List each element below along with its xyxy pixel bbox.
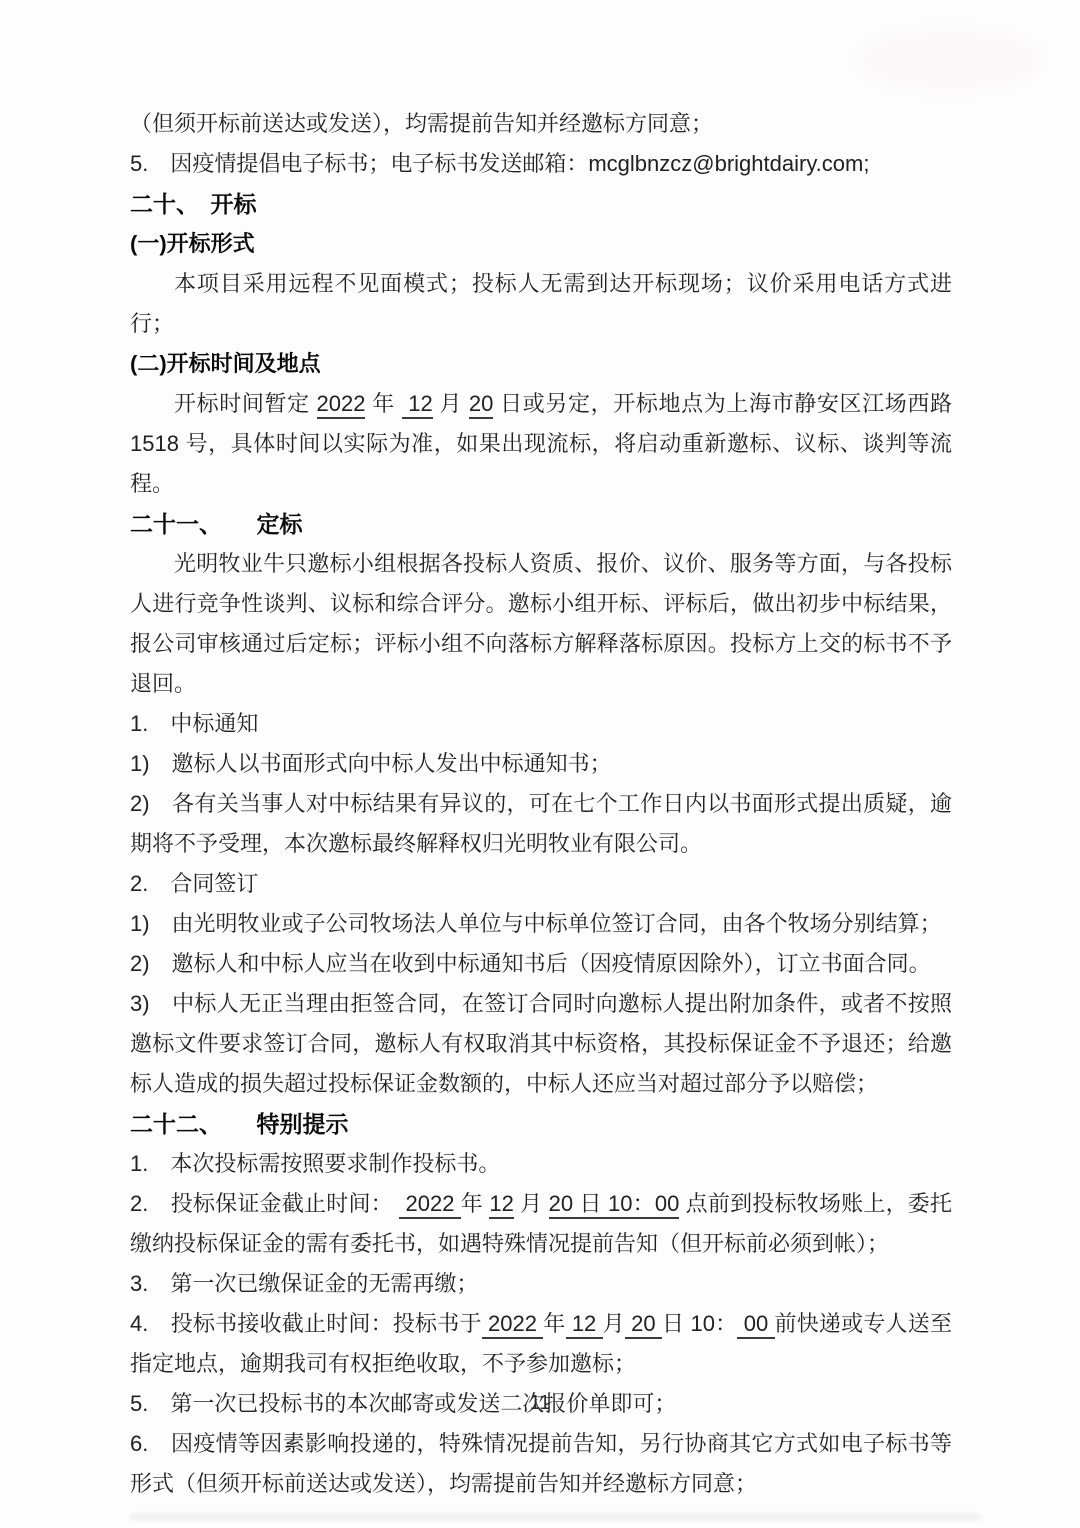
text-run: 3. 第一次已缴保证金的无需再缴； bbox=[130, 1271, 478, 1296]
text-run: 1) 由光明牧业或子公司牧场法人单位与中标单位签订合同，由各个牧场分别结算； bbox=[130, 911, 942, 936]
underlined-field: 00 bbox=[737, 1311, 774, 1339]
text-run: （但须开标前送达或发送），均需提前告知并经邀标方同意； bbox=[130, 111, 713, 136]
text-run: 6. 因疫情等因素影响投递的，特殊情况提前告知，另行协商其它方式如电子标书等形式… bbox=[130, 1431, 952, 1496]
underlined-field: 20 日 10：00 bbox=[549, 1191, 680, 1219]
paragraph-carryover-top: （但须开标前送达或发送），均需提前告知并经邀标方同意； bbox=[130, 104, 952, 144]
notice-item-1: 1. 本次投标需按照要求制作投标书。 bbox=[130, 1144, 952, 1184]
section-heading-21: 二十一、 定标 bbox=[130, 504, 952, 544]
list-item-1-2: 2) 各有关当事人对中标结果有异议的，可在七个工作日内以书面形式提出质疑，逾期将… bbox=[130, 784, 952, 864]
text-run: 开标时间暂定 bbox=[174, 391, 317, 416]
notice-item-4: 4. 投标书接收截止时间：投标书于 2022 年 12 月 20 日 10： 0… bbox=[130, 1304, 952, 1384]
text-run: 月 bbox=[514, 1191, 549, 1216]
list-item-2-3: 3) 中标人无正当理由拒签合同，在签订合同时向邀标人提出附加条件，或者不按照邀标… bbox=[130, 984, 952, 1104]
section-heading-20: 二十、 开标 bbox=[130, 184, 952, 224]
text-run: 2. 投标保证金截止时间： bbox=[130, 1191, 399, 1216]
notice-item-6: 6. 因疫情等因素影响投递的，特殊情况提前告知，另行协商其它方式如电子标书等形式… bbox=[130, 1424, 952, 1504]
text-run: 5. 因疫情提倡电子标书；电子标书发送邮箱：mcglbnzcz@brightda… bbox=[130, 151, 869, 176]
text-run: 年 bbox=[543, 1311, 565, 1336]
paragraph-award-process: 光明牧业牛只邀标小组根据各投标人资质、报价、议价、服务等方面，与各投标人进行竞争… bbox=[130, 544, 952, 704]
document-content: （但须开标前送达或发送），均需提前告知并经邀标方同意；5. 因疫情提倡电子标书；… bbox=[130, 104, 952, 1504]
text-run: 1) 邀标人以书面形式向中标人发出中标通知书； bbox=[130, 751, 612, 776]
text-run: 2. 合同签订 bbox=[130, 871, 258, 896]
text-run: 二十二、 特别提示 bbox=[130, 1111, 349, 1137]
text-run: 年 bbox=[461, 1191, 490, 1216]
text-run: 4. 投标书接收截止时间：投标书于 bbox=[130, 1311, 482, 1336]
scan-artifact-bottom bbox=[130, 1514, 980, 1520]
text-run: 2) 各有关当事人对中标结果有异议的，可在七个工作日内以书面形式提出质疑，逾期将… bbox=[130, 791, 952, 856]
list-item-1-award-notice: 1. 中标通知 bbox=[130, 704, 952, 744]
scan-artifact-top bbox=[860, 30, 1040, 90]
text-run: 月 bbox=[433, 391, 469, 416]
list-item-2-2: 2) 邀标人和中标人应当在收到中标通知书后（因疫情原因除外），订立书面合同。 bbox=[130, 944, 952, 984]
text-run: 2) 邀标人和中标人应当在收到中标通知书后（因疫情原因除外），订立书面合同。 bbox=[130, 951, 931, 976]
document-page: （但须开标前送达或发送），均需提前告知并经邀标方同意；5. 因疫情提倡电子标书；… bbox=[0, 0, 1080, 1528]
page-number: 11 bbox=[0, 1392, 1080, 1415]
text-run: 二十、 开标 bbox=[130, 191, 257, 217]
text-run: 3) 中标人无正当理由拒签合同，在签订合同时向邀标人提出附加条件，或者不按照邀标… bbox=[130, 991, 952, 1096]
text-run: (一)开标形式 bbox=[130, 231, 255, 256]
subheading-open-form: (一)开标形式 bbox=[130, 224, 952, 264]
text-run: 本项目采用远程不见面模式；投标人无需到达开标现场；议价采用电话方式进行； bbox=[130, 271, 952, 336]
list-item-1-1: 1) 邀标人以书面形式向中标人发出中标通知书； bbox=[130, 744, 952, 784]
underlined-field: 2022 bbox=[317, 391, 366, 419]
list-item-5-email: 5. 因疫情提倡电子标书；电子标书发送邮箱：mcglbnzcz@brightda… bbox=[130, 144, 952, 184]
text-run: 二十一、 定标 bbox=[130, 511, 303, 537]
underlined-field: 2022 bbox=[399, 1191, 461, 1219]
text-run: 1. 本次投标需按照要求制作投标书。 bbox=[130, 1151, 500, 1176]
underlined-field: 12 bbox=[489, 1191, 513, 1219]
list-item-2-contract: 2. 合同签订 bbox=[130, 864, 952, 904]
text-run: (二)开标时间及地点 bbox=[130, 351, 321, 376]
paragraph-open-form: 本项目采用远程不见面模式；投标人无需到达开标现场；议价采用电话方式进行； bbox=[130, 264, 952, 344]
notice-item-3: 3. 第一次已缴保证金的无需再缴； bbox=[130, 1264, 952, 1304]
text-run: 日 10： bbox=[662, 1311, 737, 1336]
text-run: 年 bbox=[365, 391, 401, 416]
paragraph-open-time-place: 开标时间暂定 2022 年 12 月 20 日或另定，开标地点为上海市静安区江场… bbox=[130, 384, 952, 504]
text-run: 月 bbox=[603, 1311, 625, 1336]
text-run: 1. 中标通知 bbox=[130, 711, 258, 736]
underlined-field: 20 bbox=[625, 1311, 662, 1339]
underlined-field: 12 bbox=[566, 1311, 603, 1339]
text-run: 光明牧业牛只邀标小组根据各投标人资质、报价、议价、服务等方面，与各投标人进行竞争… bbox=[130, 551, 952, 696]
underlined-field: 20 bbox=[469, 391, 493, 419]
section-heading-22: 二十二、 特别提示 bbox=[130, 1104, 952, 1144]
notice-item-2: 2. 投标保证金截止时间： 2022 年 12 月 20 日 10：00 点前到… bbox=[130, 1184, 952, 1264]
underlined-field: 12 bbox=[402, 391, 433, 419]
underlined-field: 2022 bbox=[482, 1311, 544, 1339]
subheading-open-time-place: (二)开标时间及地点 bbox=[130, 344, 952, 384]
list-item-2-1: 1) 由光明牧业或子公司牧场法人单位与中标单位签订合同，由各个牧场分别结算； bbox=[130, 904, 952, 944]
